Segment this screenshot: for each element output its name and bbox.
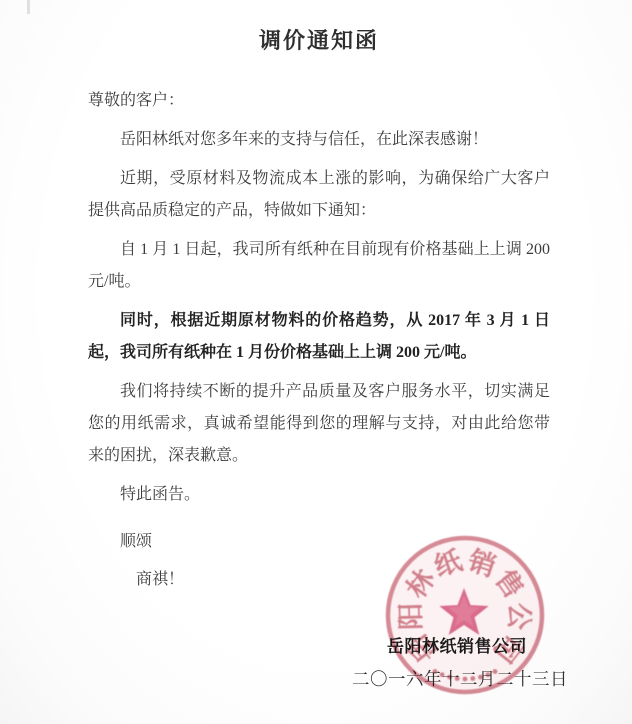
- svg-text:阳: 阳: [396, 602, 427, 630]
- salutation: 尊敬的客户：: [88, 85, 550, 117]
- scan-artifact: [27, 0, 30, 14]
- closing-shangqi: 商祺！: [88, 564, 550, 596]
- paragraph-january-increase: 自 1 月 1 日起，我司所有纸种在目前现有价格基础上上调 200 元/吨。: [88, 234, 550, 298]
- letter-page: 调价通知函 尊敬的客户： 岳阳林纸对您多年来的支持与信任，在此深表感谢！ 近期，…: [0, 0, 632, 724]
- paragraph-apology: 我们将持续不断的提升产品质量及客户服务水平，切实满足您的用纸需求，真诚希望能得到…: [88, 376, 550, 472]
- paragraph-notice-intro: 近期，受原材料及物流成本上涨的影响，为确保给广大客户提供高品质稳定的产品，特做如…: [88, 163, 550, 227]
- paragraph-thanks: 岳阳林纸对您多年来的支持与信任，在此深表感谢！: [88, 124, 550, 156]
- signature-date: 二〇一六年十二月二十三日: [352, 666, 568, 691]
- paragraph-hereby-notify: 特此函告。: [88, 479, 550, 511]
- svg-text:公: 公: [504, 602, 535, 630]
- signature-company-name: 岳阳林纸销售公司: [387, 632, 527, 657]
- letter-title: 调价通知函: [88, 24, 550, 55]
- paragraph-march-increase: 同时，根据近期原材物料的价格趋势，从 2017 年 3 月 1 日起，我司所有纸…: [88, 305, 550, 369]
- closing-shunsong: 顺颂: [88, 526, 550, 558]
- letter-body: 调价通知函 尊敬的客户： 岳阳林纸对您多年来的支持与信任，在此深表感谢！ 近期，…: [88, 24, 550, 596]
- seal-star-highlight: [448, 595, 480, 627]
